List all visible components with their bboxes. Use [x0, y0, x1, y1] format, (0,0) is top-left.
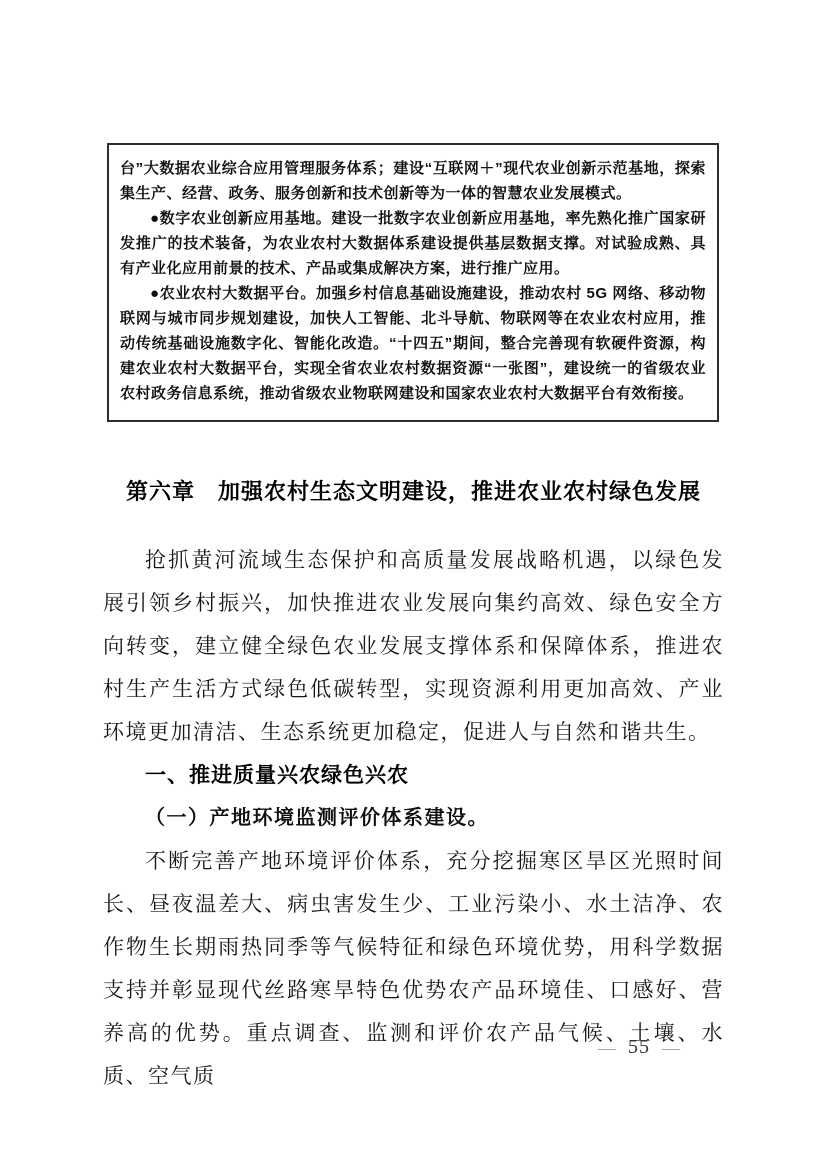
- page-number-dash-right: —: [662, 1039, 680, 1057]
- body-paragraph: 不断完善产地环境评价体系，充分挖掘寒区旱区光照时间长、昼夜温差大、病虫害发生少、…: [103, 840, 724, 1098]
- section-heading: 一、推进质量兴农绿色兴农: [103, 754, 724, 797]
- callout-paragraph-bullet-digital-agriculture: ●数字农业创新应用基地。建设一批数字农业创新应用基地，率先熟化推广国家研发推广的…: [120, 206, 706, 281]
- content-column: 台”大数据农业综合应用管理服务体系；建设“互联网＋”现代农业创新示范基地，探索集…: [103, 0, 724, 1098]
- intro-paragraph: 抢抓黄河流域生态保护和高质量发展战略机遇，以绿色发展引领乡村振兴，加快推进农业发…: [103, 539, 724, 754]
- page-number: — 55 —: [598, 1036, 680, 1059]
- document-page: 台”大数据农业综合应用管理服务体系；建设“互联网＋”现代农业创新示范基地，探索集…: [0, 0, 826, 1169]
- subsection-heading: （一）产地环境监测评价体系建设。: [103, 797, 724, 840]
- page-number-dash-left: —: [598, 1039, 616, 1057]
- callout-paragraph-bullet-big-data-platform: ●农业农村大数据平台。加强乡村信息基础设施建设，推动农村 5G 网络、移动物联网…: [120, 281, 706, 406]
- callout-paragraph-continuation: 台”大数据农业综合应用管理服务体系；建设“互联网＋”现代农业创新示范基地，探索集…: [120, 156, 706, 206]
- page-number-value: 55: [628, 1036, 650, 1059]
- callout-box: 台”大数据农业综合应用管理服务体系；建设“互联网＋”现代农业创新示范基地，探索集…: [107, 143, 719, 422]
- chapter-title: 第六章 加强农村生态文明建设，推进农业农村绿色发展: [103, 476, 724, 508]
